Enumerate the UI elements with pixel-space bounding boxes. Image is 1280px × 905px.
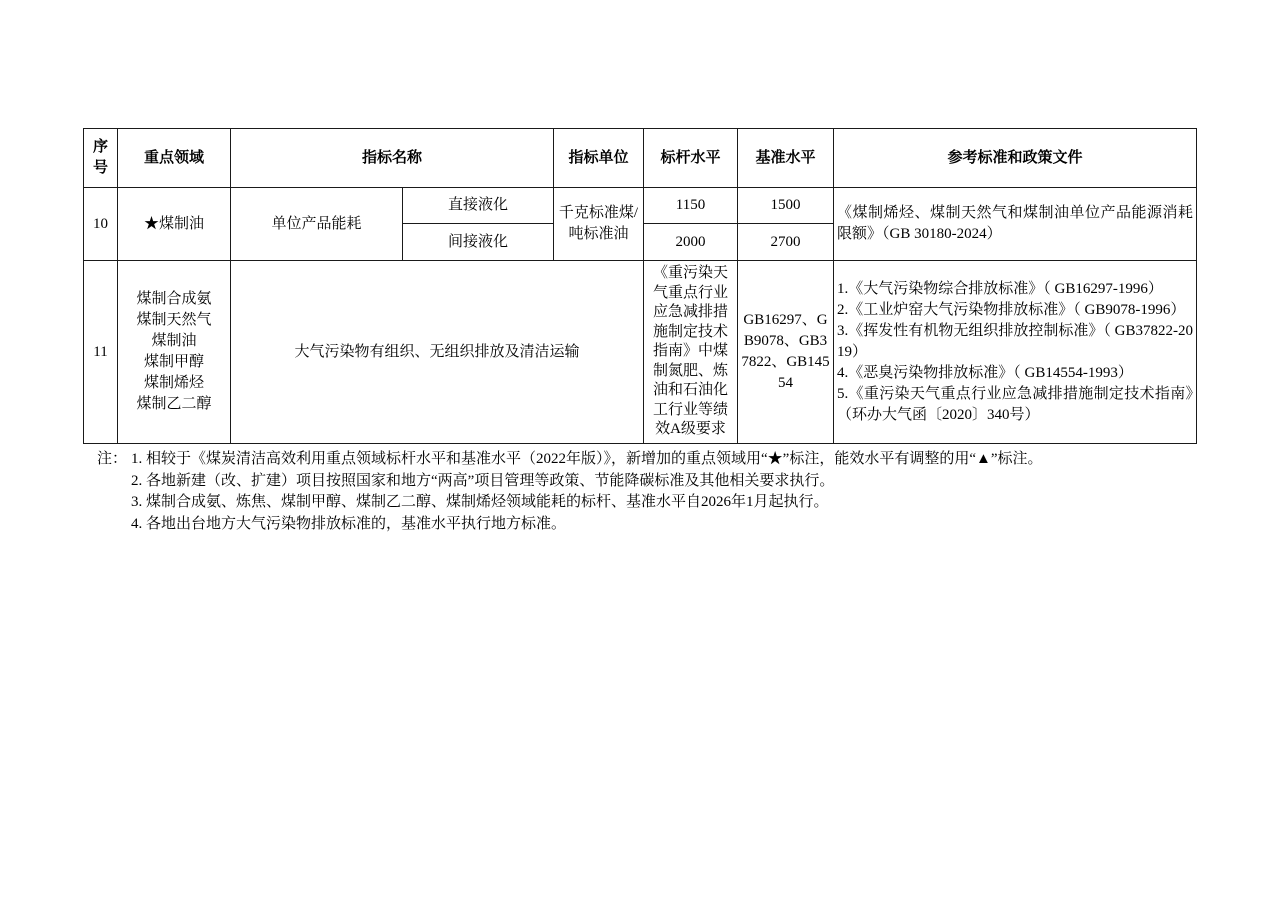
row11-area-lines: 煤制合成氨 煤制天然气 煤制油 煤制甲醇 煤制烯烃 煤制乙二醇: [121, 289, 227, 415]
row11-benchmark-cell: 《重污染天气重点行业应急减排措施制定技术指南》中煤制氮肥、炼油和石油化工行业等绩…: [644, 261, 738, 444]
footnotes: 注： 1. 相较于《煤炭清洁高效利用重点领域标杆水平和基准水平（2022年版）》…: [97, 449, 1207, 535]
row11-area-line: 煤制天然气: [121, 310, 227, 331]
reference-item: 4.《恶臭污染物排放标准》（ GB14554-1993）: [837, 363, 1193, 384]
footnote-item: 4. 各地出台地方大气污染物排放标准的，基准水平执行地方标准。: [131, 514, 1207, 536]
header-cell-baseline: 基准水平: [738, 129, 834, 188]
table-row-10a: 10 ★煤制油 单位产品能耗 直接液化 千克标准煤/吨标准油 1150 1500…: [84, 188, 1197, 224]
row11-indicator-cell: 大气污染物有组织、无组织排放及清洁运输: [231, 261, 644, 444]
row11-benchmark-text: 《重污染天气重点行业应急减排措施制定技术指南》中煤制氮肥、炼油和石油化工行业等绩…: [647, 264, 734, 440]
reference-item: 3.《挥发性有机物无组织排放控制标准》（ GB37822-2019）: [837, 321, 1193, 363]
table-header-row: 序号 重点领域 指标名称 指标单位 标杆水平 基准水平 参考标准和政策文件: [84, 129, 1197, 188]
reference-item: 5.《重污染天气重点行业应急减排措施制定技术指南》（环办大气函〔2020〕340…: [837, 384, 1193, 426]
row10-baseline2-cell: 2700: [738, 224, 834, 261]
table-row-11: 11 煤制合成氨 煤制天然气 煤制油 煤制甲醇 煤制烯烃 煤制乙二醇 大气污染物…: [84, 261, 1197, 444]
row10-no-cell: 10: [84, 188, 118, 261]
footnote-item: 3. 煤制合成氨、炼焦、煤制甲醇、煤制乙二醇、煤制烯烃领域能耗的标杆、基准水平自…: [131, 492, 1207, 514]
row11-area-line: 煤制油: [121, 331, 227, 352]
footnotes-items: 1. 相较于《煤炭清洁高效利用重点领域标杆水平和基准水平（2022年版）》，新增…: [131, 449, 1207, 535]
footnote-item: 2. 各地新建（改、扩建）项目按照国家和地方“两高”项目管理等政策、节能降碳标准…: [131, 471, 1207, 493]
row10-reference-cell: 《煤制烯烃、煤制天然气和煤制油单位产品能源消耗限额》（GB 30180-2024…: [834, 188, 1197, 261]
reference-item: 2.《工业炉窑大气污染物排放标准》（ GB9078-1996）: [837, 300, 1193, 321]
header-cell-benchmark: 标杆水平: [644, 129, 738, 188]
row10-indicator-cell: 单位产品能耗: [231, 188, 403, 261]
row11-area-cell: 煤制合成氨 煤制天然气 煤制油 煤制甲醇 煤制烯烃 煤制乙二醇: [118, 261, 231, 444]
footnote-item: 1. 相较于《煤炭清洁高效利用重点领域标杆水平和基准水平（2022年版）》，新增…: [131, 449, 1207, 471]
row11-area-line: 煤制烯烃: [121, 373, 227, 394]
header-cell-unit: 指标单位: [554, 129, 644, 188]
row11-area-line: 煤制甲醇: [121, 352, 227, 373]
header-cell-indicator: 指标名称: [231, 129, 554, 188]
row10-baseline1-cell: 1500: [738, 188, 834, 224]
row10-area-cell: ★煤制油: [118, 188, 231, 261]
document-page: 序号 重点领域 指标名称 指标单位 标杆水平 基准水平 参考标准和政策文件 10…: [0, 0, 1280, 905]
reference-item: 1.《大气污染物综合排放标准》（ GB16297-1996）: [837, 279, 1193, 300]
row11-baseline-cell: GB16297、GB9078、GB37822、GB14554: [738, 261, 834, 444]
standards-table: 序号 重点领域 指标名称 指标单位 标杆水平 基准水平 参考标准和政策文件 10…: [83, 128, 1197, 444]
row10-unit-cell: 千克标准煤/吨标准油: [554, 188, 644, 261]
header-cell-no: 序号: [84, 129, 118, 188]
row11-no-cell: 11: [84, 261, 118, 444]
row10-sub1-cell: 直接液化: [403, 188, 554, 224]
header-cell-area: 重点领域: [118, 129, 231, 188]
row10-sub2-cell: 间接液化: [403, 224, 554, 261]
row11-area-line: 煤制合成氨: [121, 289, 227, 310]
header-cell-reference: 参考标准和政策文件: [834, 129, 1197, 188]
row11-reference-cell: 1.《大气污染物综合排放标准》（ GB16297-1996） 2.《工业炉窑大气…: [834, 261, 1197, 444]
footnotes-label: 注：: [97, 449, 131, 535]
row10-benchmark1-cell: 1150: [644, 188, 738, 224]
row10-benchmark2-cell: 2000: [644, 224, 738, 261]
row11-area-line: 煤制乙二醇: [121, 394, 227, 415]
